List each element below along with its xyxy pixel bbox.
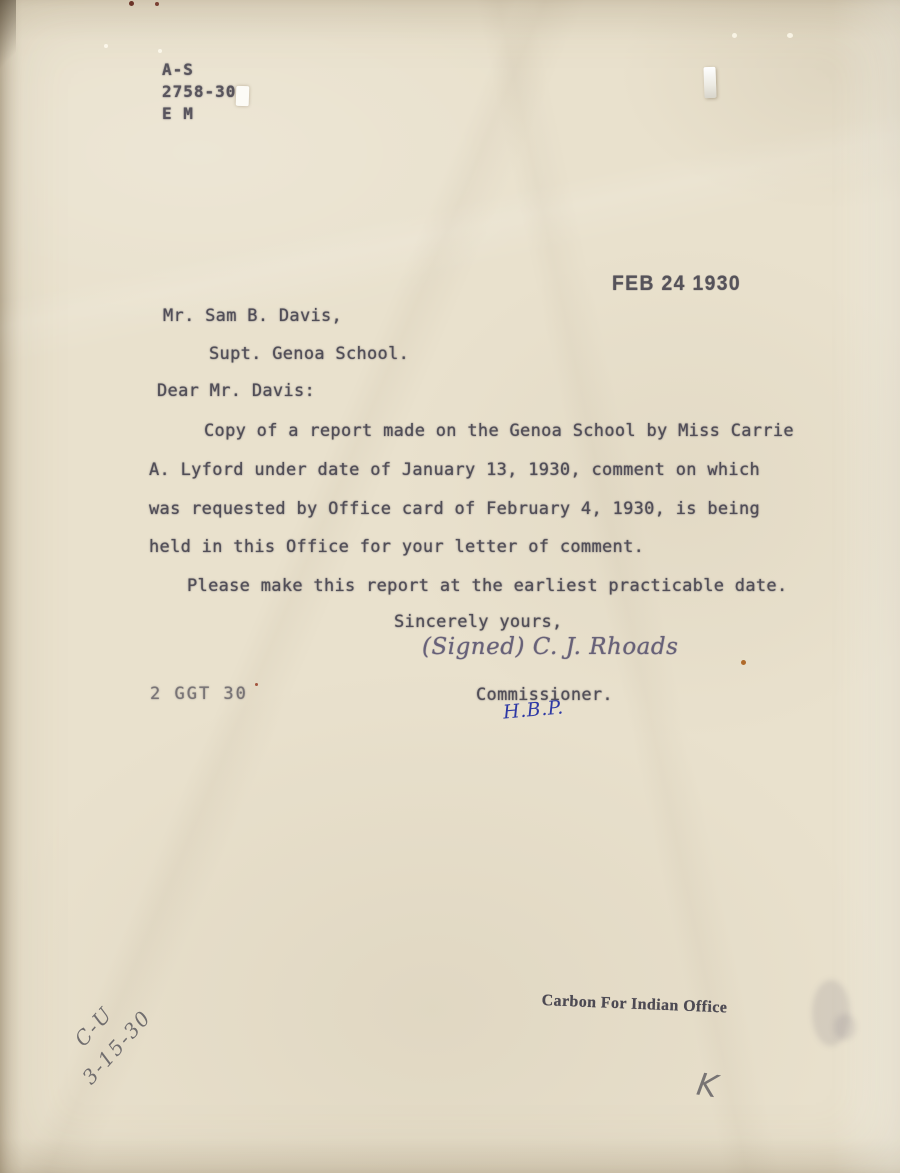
recipient-name: Mr. Sam B. Davis,	[163, 306, 342, 326]
body-line: Copy of a report made on the Genoa Schoo…	[204, 421, 794, 441]
paper-fleck	[158, 49, 162, 53]
valediction: Sincerely yours,	[394, 612, 563, 632]
handwritten-initials: H.B.P.	[502, 696, 564, 723]
body-line: held in this Office for your letter of c…	[149, 537, 644, 557]
file-reference-line-1: A-S	[162, 60, 194, 79]
body-line: Please make this report at the earliest …	[187, 576, 788, 596]
file-reference-line-2: 2758-30	[162, 82, 236, 101]
typist-reference: 2 GGT 30	[150, 684, 248, 704]
ink-speck	[129, 1, 134, 6]
ink-speck	[255, 683, 258, 686]
ink-speck	[741, 660, 746, 665]
ink-speck	[155, 2, 159, 6]
paper-fleck	[787, 33, 793, 38]
signature-stamp: (Signed) C. J. Rhoads	[422, 634, 678, 660]
date-received-stamp: FEB 24 1930	[612, 272, 741, 296]
file-reference-line-3: E M	[162, 104, 194, 123]
paper-fleck	[732, 33, 737, 38]
body-line: A. Lyford under date of January 13, 1930…	[149, 460, 760, 480]
paper-tab	[703, 67, 716, 98]
smudge	[812, 980, 850, 1046]
salutation: Dear Mr. Davis:	[157, 381, 315, 401]
pencil-annotation: C-U 3-15-30	[31, 959, 181, 1116]
pencil-check-mark: K	[694, 1067, 720, 1106]
hole-punch-patch	[236, 86, 250, 106]
recipient-title: Supt. Genoa School.	[209, 344, 409, 364]
body-line: was requested by Office card of February…	[149, 499, 760, 519]
smudge	[834, 1014, 856, 1040]
scan-edge-shadow	[0, 0, 16, 80]
carbon-copy-stamp: Carbon For Indian Office	[541, 992, 727, 1017]
letter-page: A-S 2758-30 E M FEB 24 1930 Mr. Sam B. D…	[0, 0, 900, 1173]
paper-fleck	[104, 44, 108, 48]
